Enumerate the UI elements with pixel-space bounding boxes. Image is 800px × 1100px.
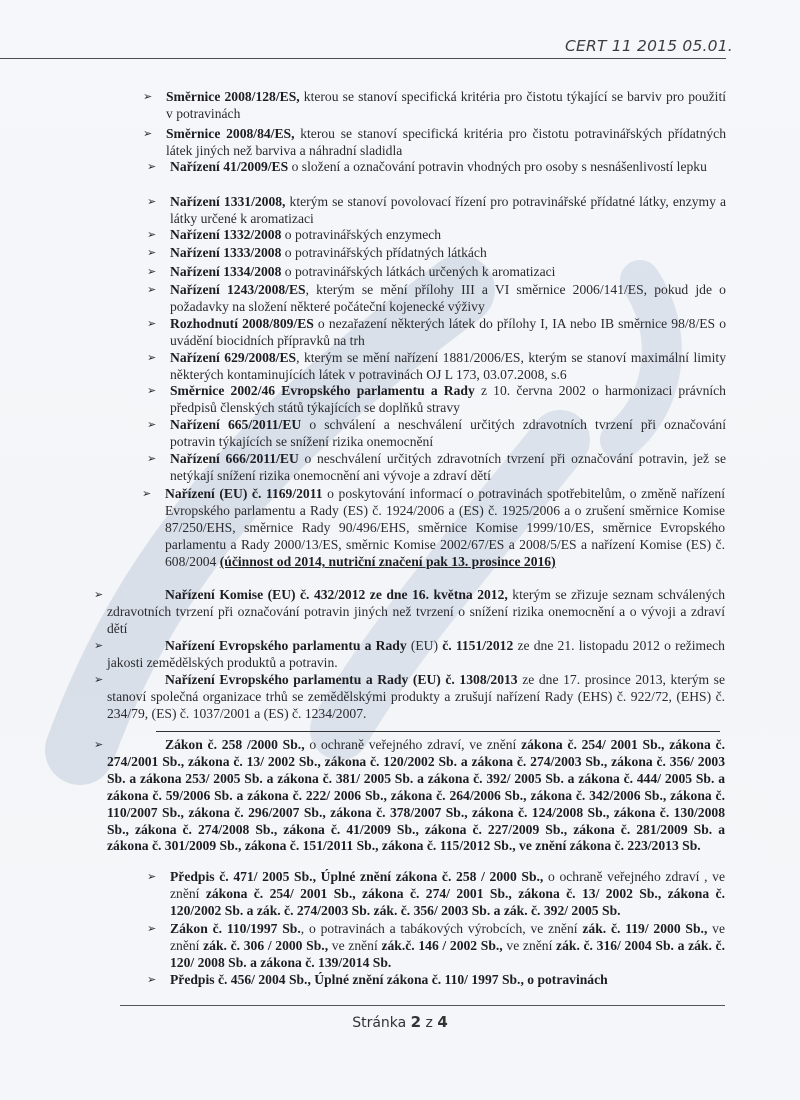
list-item: ➢ Nařízení 629/2008/ES, kterým se mění n… [170,349,726,383]
bullet-arrow-icon: ➢ [147,416,156,433]
bullet-arrow-icon: ➢ [142,485,151,502]
bullet-arrow-icon: ➢ [147,158,156,175]
bullet-arrow-icon: ➢ [147,263,156,280]
bullet-arrow-icon: ➢ [143,125,152,142]
list-item: ➢ Směrnice 2008/128/ES, kterou se stanov… [166,88,726,122]
bullet-arrow-icon: ➢ [143,88,152,105]
list-item: ➢ Nařízení 1333/2008 o potravinářských p… [170,244,726,261]
list-item: ➢ Nařízení Evropského parlamentu a Rady … [107,637,725,671]
list-item: ➢ Nařízení 666/2011/EU o neschválení urč… [170,450,726,484]
list-item: ➢ Nařízení 1331/2008, kterým se stanoví … [170,193,726,227]
footer-divider [120,1005,725,1006]
list-item: ➢ Nařízení 41/2009/ES o složení a označo… [170,158,726,175]
list-item: ➢ Směrnice 2002/46 Evropského parlamentu… [170,382,726,416]
effective-date-note: (účinnost od 2014, nutriční značení pak … [220,554,556,569]
section-divider [156,731,720,732]
list-item: ➢ Předpis č. 456/ 2004 Sb., Úplné znění … [170,971,725,988]
list-item: ➢ Nařízení 1334/2008 o potravinářských l… [170,263,726,280]
bullet-arrow-icon: ➢ [94,737,103,754]
list-item: ➢ Předpis č. 471/ 2005 Sb., Úplné znění … [170,868,725,919]
bullet-arrow-icon: ➢ [147,971,156,988]
list-item-1169-2011: ➢ Nařízení (EU) č. 1169/2011 o poskytová… [165,485,725,570]
document-header-code: CERT 11 2015 05.01. [565,37,733,55]
bullet-arrow-icon: ➢ [147,193,156,210]
list-item: ➢ Směrnice 2008/84/ES, kterou se stanoví… [166,125,726,159]
bullet-arrow-icon: ➢ [94,671,103,688]
list-item: ➢ Nařízení 1332/2008 o potravinářských e… [170,226,726,243]
list-item-zakon-258-2000: ➢ Zákon č. 258 /2000 Sb., o ochraně veře… [107,737,725,855]
bullet-arrow-icon: ➢ [147,382,156,399]
list-item: ➢ Rozhodnutí 2008/809/ES o nezařazení ně… [170,315,726,349]
bullet-arrow-icon: ➢ [147,868,156,885]
header-divider [0,58,726,59]
bullet-arrow-icon: ➢ [147,315,156,332]
page-number: Stránka 2 z 4 [0,1013,800,1031]
bullet-arrow-icon: ➢ [94,586,103,603]
bullet-arrow-icon: ➢ [147,450,156,467]
bullet-arrow-icon: ➢ [147,281,156,298]
bullet-arrow-icon: ➢ [147,244,156,261]
list-item: ➢ Nařízení 665/2011/EU o schválení a nes… [170,416,726,450]
bullet-arrow-icon: ➢ [147,920,156,937]
list-item: ➢ Nařízení Komise (EU) č. 432/2012 ze dn… [107,586,725,637]
bullet-arrow-icon: ➢ [147,349,156,366]
document-page: CERT 11 2015 05.01. ➢ Směrnice 2008/128/… [0,0,800,1100]
list-item: ➢ Nařízení 1243/2008/ES, kterým se mění … [170,281,726,315]
list-item: ➢ Zákon č. 110/1997 Sb., o potravinách a… [170,920,725,971]
bullet-arrow-icon: ➢ [147,226,156,243]
bullet-arrow-icon: ➢ [94,637,103,654]
list-item: ➢ Nařízení Evropského parlamentu a Rady … [107,671,725,722]
